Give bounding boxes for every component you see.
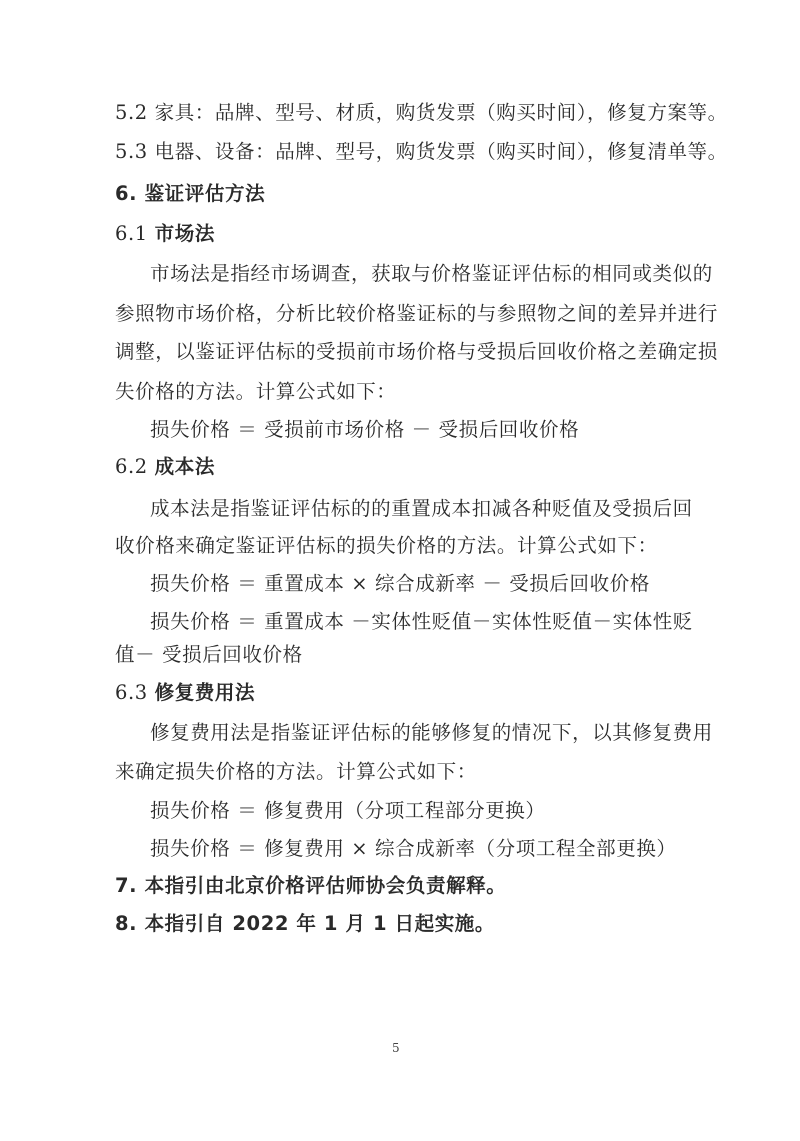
section-8-heading: 8. 本指引自 2022 年 1 月 1 日起实施。 <box>115 912 495 936</box>
section-number: 6.1 <box>115 222 148 245</box>
section-6-heading: 6. 鉴证评估方法 <box>115 182 265 206</box>
paragraph-line: 成本法是指鉴证评估标的的重置成本扣减各种贬值及受损后回 <box>150 497 693 521</box>
item-5-3-appliances: 5.3 电器、设备：品牌、型号，购货发票（购买时间），修复清单等。 <box>115 140 728 164</box>
formula-line: 损失价格 ＝ 修复费用（分项工程部分更换） <box>150 799 546 823</box>
paragraph-line: 参照物市场价格，分析比较价格鉴证标的与参照物之间的差异并进行 <box>115 302 718 326</box>
formula-line: 损失价格 ＝ 修复费用 × 综合成新率（分项工程全部更换） <box>150 837 677 861</box>
section-number: 6.2 <box>115 455 148 478</box>
section-6-2-heading: 6.2 成本法 <box>115 455 215 479</box>
section-6-1-heading: 6.1 市场法 <box>115 222 215 246</box>
paragraph-line: 收价格来确定鉴证评估标的损失价格的方法。计算公式如下： <box>115 534 658 558</box>
item-5-2-furniture: 5.2 家具：品牌、型号、材质，购货发票（购买时间），修复方案等。 <box>115 101 728 125</box>
section-number: 6.3 <box>115 681 148 704</box>
section-title: 市场法 <box>155 222 215 245</box>
formula-line: 损失价格 ＝ 受损前市场价格 － 受损后回收价格 <box>150 418 579 442</box>
section-title: 成本法 <box>155 455 215 478</box>
paragraph-line: 失价格的方法。计算公式如下： <box>115 380 396 404</box>
section-7-heading: 7. 本指引由北京价格评估师协会负责解释。 <box>115 874 506 898</box>
paragraph-line: 市场法是指经市场调查，获取与价格鉴证评估标的相同或类似的 <box>150 262 690 286</box>
paragraph-line: 来确定损失价格的方法。计算公式如下： <box>115 760 477 784</box>
page-number: 5 <box>392 1041 400 1055</box>
paragraph-line: 调整，以鉴证评估标的受损前市场价格与受损后回收价格之差确定损 <box>115 340 718 364</box>
formula-line: 损失价格 ＝ 重置成本 × 综合成新率 － 受损后回收价格 <box>150 572 650 596</box>
section-6-3-heading: 6.3 修复费用法 <box>115 681 255 705</box>
section-title: 修复费用法 <box>155 681 256 704</box>
paragraph-line: 修复费用法是指鉴证评估标的能够修复的情况下，以其修复费用 <box>150 721 713 745</box>
formula-line: 值－ 受损后回收价格 <box>115 643 303 667</box>
formula-line: 损失价格 ＝ 重置成本 －实体性贬值－实体性贬值－实体性贬 <box>150 610 693 634</box>
